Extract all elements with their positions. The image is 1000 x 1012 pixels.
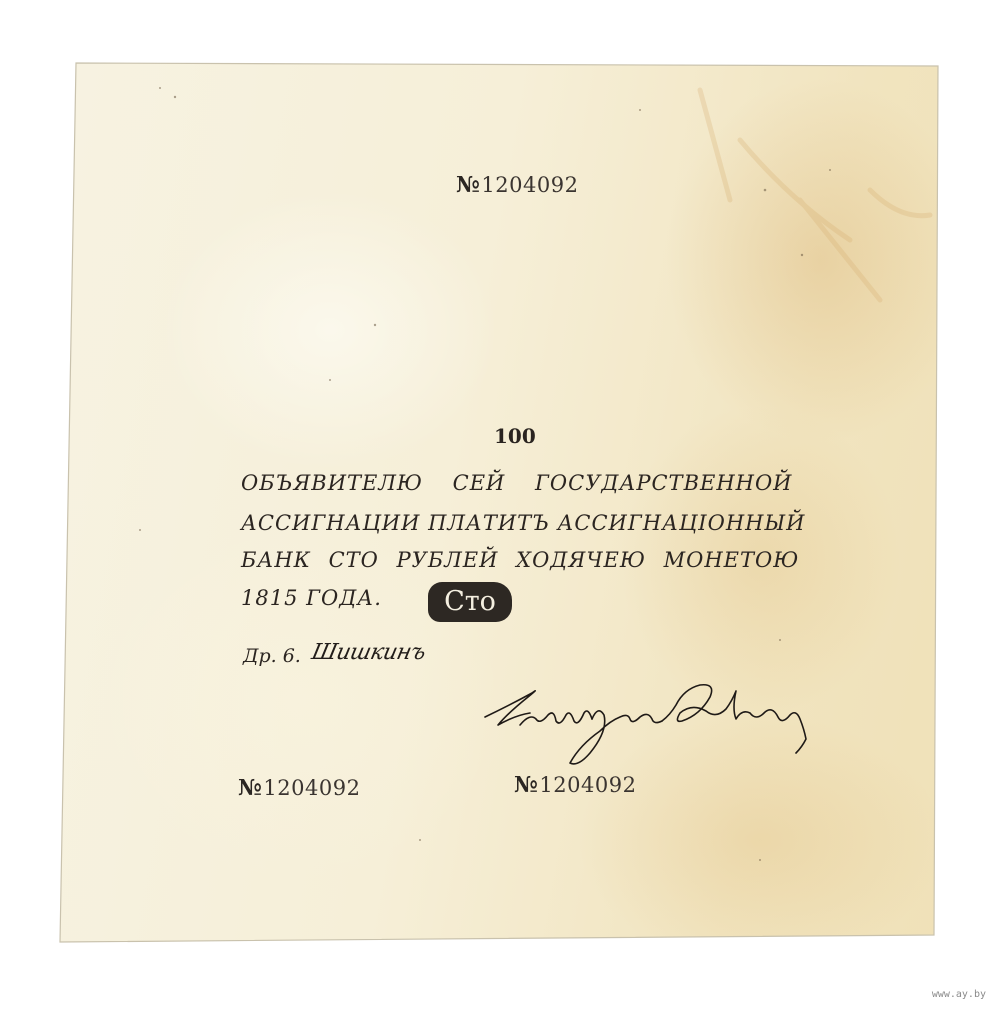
signature-icon [470,675,850,775]
text-line-3: БАНК СТО РУБЛЕЙ ХОДЯЧЕЮ МОНЕТОЮ [241,548,799,572]
serial-number-bottom-left: №1204092 [238,775,360,801]
director-handwritten-name: Шишкинъ [309,640,427,665]
serial-digits: 1204092 [539,773,636,797]
text-line-2: АССИГНАЦИИ ПЛАТИТЪ АССИГНАЦIОННЫЙ [241,511,805,535]
text-line-1: ОБЪЯВИТЕЛЮ СЕЙ ГОСУДАРСТВЕННОЙ [241,471,792,495]
site-watermark: www.ay.by [932,989,986,1000]
banknote: №1204092 100 ОБЪЯВИТЕЛЮ СЕЙ ГОСУДАРСТВЕН… [0,0,1000,1012]
denomination: 100 [494,424,536,448]
denomination-stamp: Сто [428,582,512,622]
text-line-4-year: 1815 ГОДА. [241,586,382,610]
numero-sign: № [238,775,262,801]
numero-sign: № [456,172,480,198]
serial-digits: 1204092 [263,776,360,800]
paper-sheet [0,0,1000,1012]
serial-number-bottom-right: №1204092 [514,772,636,798]
serial-number-top: №1204092 [456,172,578,198]
director-label: Др. 6. [243,645,301,667]
serial-digits: 1204092 [481,173,578,197]
numero-sign: № [514,772,538,798]
